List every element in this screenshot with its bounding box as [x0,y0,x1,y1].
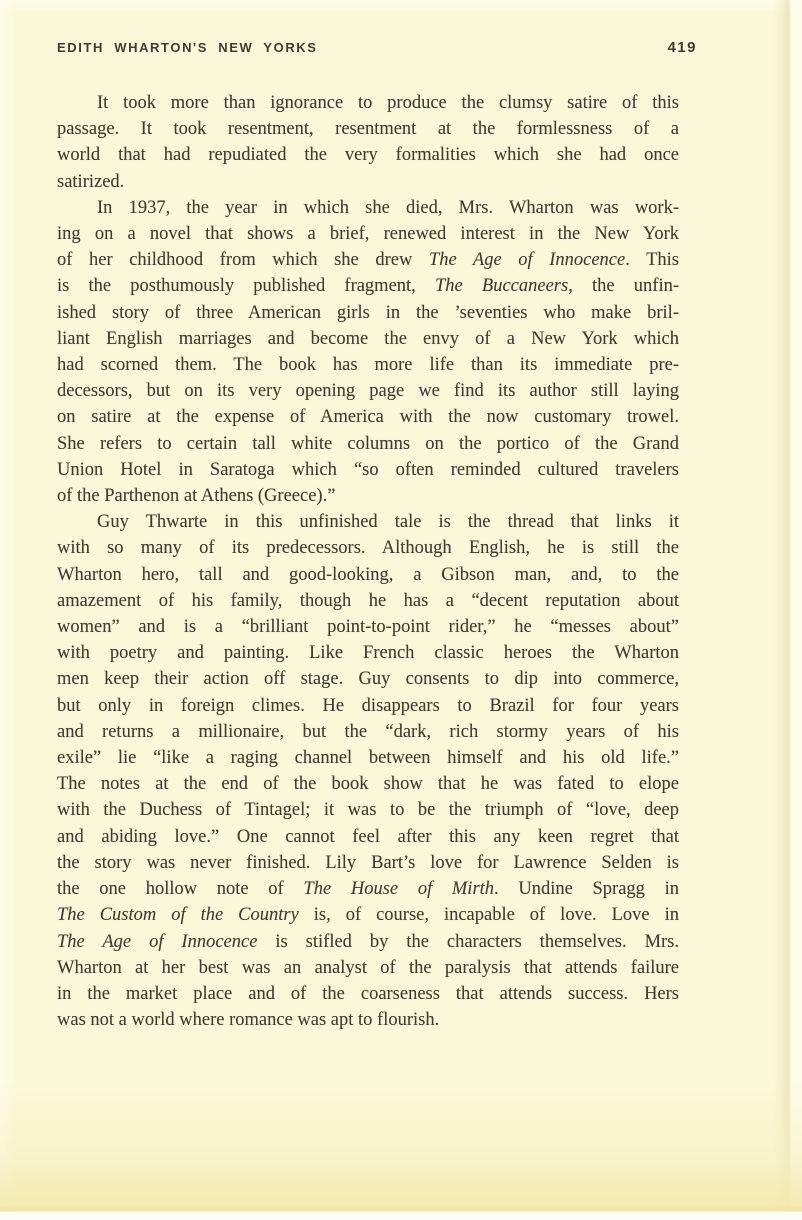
text-line: women” and is a “brilliant point-to-poin… [57,614,679,640]
text-run: ing on a novel that shows a brief, renew… [57,224,679,244]
text-run: men keep their action off stage. Guy con… [57,669,679,689]
text-run: with poetry and painting. Like French cl… [57,643,679,663]
running-head: EDITH WHARTON'S NEW YORKS 419 [57,40,697,56]
text-run: is, of course, incapable of love. Love i… [299,905,679,925]
text-run: exile” lie “like a raging channel betwee… [57,748,679,768]
book-title-italic: The House of Mirth [303,879,494,899]
text-line: of her childhood from which she drew The… [57,247,679,273]
text-line: with so many of its predecessors. Althou… [57,535,679,561]
text-line: the story was never finished. Lily Bart’… [57,850,679,876]
book-page-scan: EDITH WHARTON'S NEW YORKS 419 It took mo… [0,0,802,1220]
page-number: 419 [667,40,697,56]
text-line: decessors, but on its very opening page … [57,378,679,404]
text-line: men keep their action off stage. Guy con… [57,666,679,692]
text-run: of the Parthenon at Athens (Greece).” [57,486,335,506]
text-run: on satire at the expense of America with… [57,407,679,427]
text-run: and abiding love.” One cannot feel after… [57,827,679,847]
text-line: world that had repudiated the very forma… [57,142,679,168]
text-run: The notes at the end of the book show th… [57,774,679,794]
text-line: She refers to certain tall white columns… [57,431,679,457]
text-run: the one hollow note of [57,879,303,899]
text-line: Wharton at her best was an analyst of th… [57,955,679,981]
book-title-italic: The Age of Innocence [57,932,257,952]
text-run: . Undine Spragg in [494,879,679,899]
text-run: ished story of three American girls in t… [57,303,679,323]
paragraph: Guy Thwarte in this unfinished tale is t… [57,509,679,1033]
text-run: world that had repudiated the very forma… [57,145,679,165]
text-run: the story was never finished. Lily Bart’… [57,853,679,873]
text-run: Wharton at her best was an analyst of th… [57,958,679,978]
text-run: amazement of his family, though he has a… [57,591,679,611]
page-content: EDITH WHARTON'S NEW YORKS 419 It took mo… [57,40,697,1033]
text-run: liant English marriages and become the e… [57,329,679,349]
text-line: It took more than ignorance to produce t… [57,90,679,116]
text-line: The Custom of the Country is, of course,… [57,902,679,928]
text-line: liant English marriages and become the e… [57,326,679,352]
text-line: Wharton hero, tall and good-looking, a G… [57,562,679,588]
text-line: with poetry and painting. Like French cl… [57,640,679,666]
text-run: women” and is a “brilliant point-to-poin… [57,617,679,637]
text-run: with the Duchess of Tintagel; it was to … [57,800,679,820]
paragraph: In 1937, the year in which she died, Mrs… [57,195,679,509]
book-title-italic: The Buccaneers, [435,276,573,296]
text-run: She refers to certain tall white columns… [57,434,679,454]
text-line: passage. It took resentment, resentment … [57,116,679,142]
text-line: exile” lie “like a raging channel betwee… [57,745,679,771]
text-run: in the market place and of the coarsenes… [57,984,679,1004]
text-run: but only in foreign climes. He disappear… [57,696,679,716]
text-run: Wharton hero, tall and good-looking, a G… [57,565,679,585]
text-run: decessors, but on its very opening page … [57,381,679,401]
text-run: satirized. [57,172,124,192]
text-line: but only in foreign climes. He disappear… [57,693,679,719]
text-run: passage. It took resentment, resentment … [57,119,679,139]
text-line: on satire at the expense of America with… [57,404,679,430]
text-run: of her childhood from which she drew [57,250,429,270]
text-line: amazement of his family, though he has a… [57,588,679,614]
text-line: In 1937, the year in which she died, Mrs… [57,195,679,221]
text-line: is the posthumously published fragment, … [57,273,679,299]
text-line: had scorned them. The book has more life… [57,352,679,378]
text-line: ing on a novel that shows a brief, renew… [57,221,679,247]
text-run: It took more than ignorance to produce t… [97,93,679,113]
text-line: Guy Thwarte in this unfinished tale is t… [57,509,679,535]
text-line: and returns a millionaire, but the “dark… [57,719,679,745]
text-run: Guy Thwarte in this unfinished tale is t… [97,512,679,532]
text-line: The Age of Innocence is stifled by the c… [57,929,679,955]
text-run: had scorned them. The book has more life… [57,355,679,375]
text-run: . This [625,250,679,270]
text-line: Union Hotel in Saratoga which “so often … [57,457,679,483]
text-run: is the posthumously published fragment, [57,276,435,296]
book-title-italic: The Custom of the Country [57,905,299,925]
running-head-title: EDITH WHARTON'S NEW YORKS [57,40,318,56]
text-run: with so many of its predecessors. Althou… [57,538,679,558]
text-run: is stifled by the characters themselves.… [257,932,679,952]
text-line: ished story of three American girls in t… [57,300,679,326]
text-run: was not a world where romance was apt to… [57,1010,439,1030]
text-run: In 1937, the year in which she died, Mrs… [97,198,679,218]
body-text: It took more than ignorance to produce t… [57,90,679,1033]
text-run: Union Hotel in Saratoga which “so often … [57,460,679,480]
text-line: with the Duchess of Tintagel; it was to … [57,797,679,823]
text-line: in the market place and of the coarsenes… [57,981,679,1007]
text-run: and returns a millionaire, but the “dark… [57,722,679,742]
paragraph: It took more than ignorance to produce t… [57,90,679,195]
text-line: the one hollow note of The House of Mirt… [57,876,679,902]
text-line: was not a world where romance was apt to… [57,1007,679,1033]
text-run: the unfin- [573,276,679,296]
text-line: of the Parthenon at Athens (Greece).” [57,483,679,509]
book-title-italic: The Age of Innocence [429,250,625,270]
text-line: The notes at the end of the book show th… [57,771,679,797]
text-line: and abiding love.” One cannot feel after… [57,824,679,850]
text-line: satirized. [57,169,679,195]
